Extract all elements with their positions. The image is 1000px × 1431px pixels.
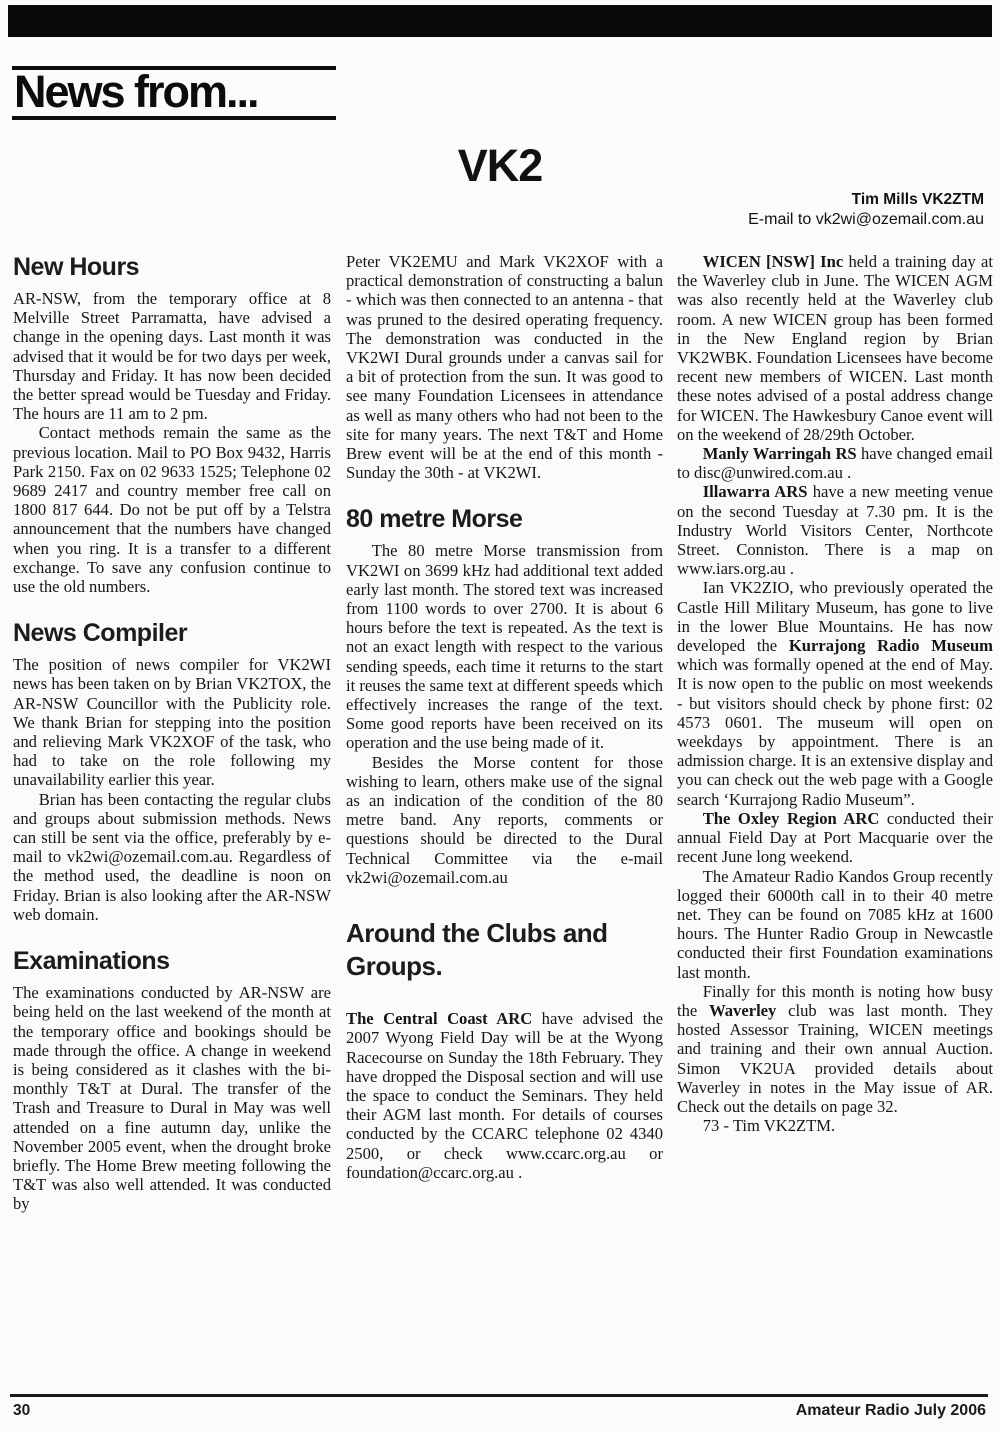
club-name-manly-warringah: Manly Warringah RS <box>703 444 857 463</box>
column-3: WICEN [NSW] Inc held a training day at t… <box>677 252 993 1135</box>
paragraph: The Oxley Region ARC conducted their ann… <box>677 809 993 867</box>
paragraph: The Amateur Radio Kandos Group recently … <box>677 867 993 982</box>
club-name-illawarra: Illawarra ARS <box>703 482 808 501</box>
club-name-wicen: WICEN [NSW] Inc <box>703 252 844 271</box>
paragraph: The position of news compiler for VK2WI … <box>13 655 331 789</box>
paragraph: Besides the Morse content for those wish… <box>346 753 663 887</box>
column-2: Peter VK2EMU and Mark VK2XOF with a prac… <box>346 252 663 1182</box>
paragraph: Contact methods remain the same as the p… <box>13 423 331 596</box>
section-heading-examinations: Examinations <box>13 946 331 976</box>
paragraph: Finally for this month is noting how bus… <box>677 982 993 1116</box>
paragraph: The 80 metre Morse transmission from VK2… <box>346 541 663 752</box>
footer-rule <box>10 1394 988 1397</box>
scan-artifact-bar <box>8 5 992 37</box>
masthead-title: News from... <box>14 71 336 113</box>
paragraph: The Central Coast ARC have advised the 2… <box>346 1009 663 1182</box>
paragraph-text: have advised the 2007 Wyong Field Day wi… <box>346 1009 663 1182</box>
paragraph: Illawarra ARS have a new meeting venue o… <box>677 482 993 578</box>
page-number: 30 <box>13 1402 30 1420</box>
paragraph-text: which was formally opened at the end of … <box>677 655 993 808</box>
section-heading-around-clubs: Around the Clubs and Groups. <box>346 917 663 983</box>
column-1: New Hours AR-NSW, from the temporary off… <box>13 252 331 1214</box>
page-title: VK2 <box>0 140 1000 192</box>
masthead: News from... <box>12 66 336 120</box>
paragraph: WICEN [NSW] Inc held a training day at t… <box>677 252 993 444</box>
paragraph: Ian VK2ZIO, who previously operated the … <box>677 578 993 808</box>
signoff: 73 - Tim VK2ZTM. <box>677 1116 993 1135</box>
paragraph: Manly Warringah RS have changed email to… <box>677 444 993 482</box>
section-heading-news-compiler: News Compiler <box>13 618 331 648</box>
club-name-central-coast-arc: The Central Coast ARC <box>346 1009 532 1028</box>
club-name-waverley: Waverley <box>709 1001 776 1020</box>
paragraph: AR-NSW, from the temporary office at 8 M… <box>13 289 331 423</box>
section-heading-80-metre-morse: 80 metre Morse <box>346 504 663 534</box>
paragraph: Brian has been contacting the regular cl… <box>13 790 331 924</box>
paragraph-text: held a training day at the Waverley club… <box>677 252 993 444</box>
footer-magazine-title: Amateur Radio July 2006 <box>796 1402 986 1420</box>
byline-email: E-mail to vk2wi@ozemail.com.au <box>748 209 984 231</box>
byline-author: Tim Mills VK2ZTM <box>748 190 984 209</box>
paragraph: Peter VK2EMU and Mark VK2XOF with a prac… <box>346 252 663 482</box>
magazine-page: News from... VK2 Tim Mills VK2ZTM E-mail… <box>0 0 1000 1431</box>
club-name-oxley-region: The Oxley Region ARC <box>703 809 880 828</box>
museum-name-kurrajong: Kurrajong Radio Museum <box>789 636 993 655</box>
byline: Tim Mills VK2ZTM E-mail to vk2wi@ozemail… <box>748 190 984 231</box>
section-heading-new-hours: New Hours <box>13 252 331 282</box>
paragraph: The examinations conducted by AR-NSW are… <box>13 983 331 1213</box>
